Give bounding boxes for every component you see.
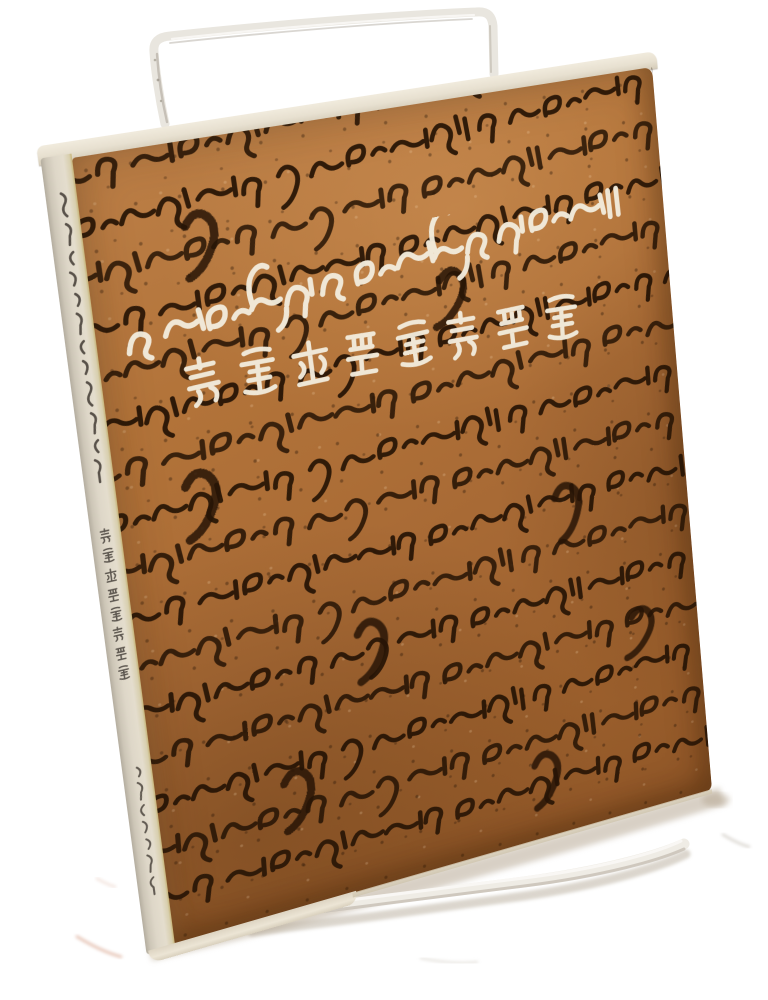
- book: [72, 67, 712, 945]
- book-front-cover: [72, 67, 712, 945]
- photo-scene: [0, 0, 768, 1000]
